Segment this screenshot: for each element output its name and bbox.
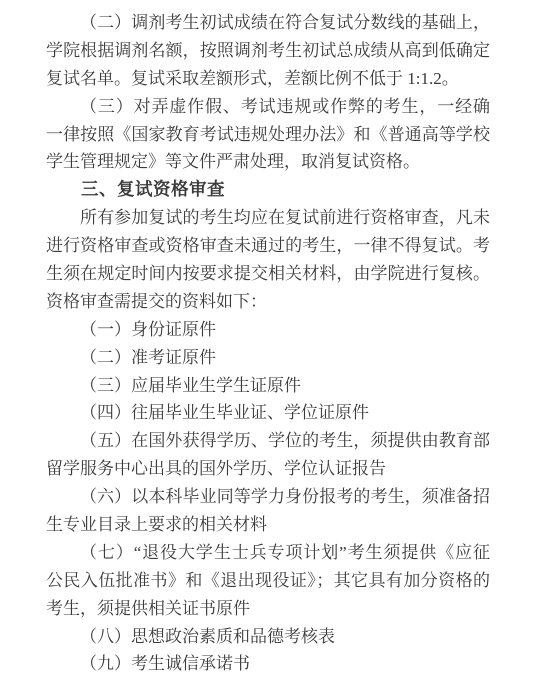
text-line: （二）调剂考生初试成绩在符合复试分数线的基础上， bbox=[46, 9, 490, 37]
text-line: （七）“退役大学生士兵专项计划”考生须提供《应征 bbox=[46, 539, 490, 567]
section-heading: 三、复试资格审查 bbox=[46, 176, 490, 204]
text-line: （五）在国外获得学历、学位的考生，须提供由教育部 bbox=[46, 427, 490, 455]
text-line: 留学服务中心出具的国外学历、学位认证报告 bbox=[46, 455, 490, 483]
text-line: （四）往届毕业生毕业证、学位证原件 bbox=[46, 399, 490, 427]
text-line: 进行资格审查或资格审查未通过的考生，一律不得复试。考 bbox=[46, 232, 490, 260]
text-line: 资格审查需提交的资料如下： bbox=[46, 288, 490, 316]
text-line: 所有参加复试的考生均应在复试前进行资格审查，凡未 bbox=[46, 204, 490, 232]
document-text-block: （二）调剂考生初试成绩在符合复试分数线的基础上，学院根据调剂名额，按照调剂考生初… bbox=[46, 9, 490, 678]
text-line: 公民入伍批准书》和《退出现役证》；其它具有加分资格的 bbox=[46, 567, 490, 595]
document-page: （二）调剂考生初试成绩在符合复试分数线的基础上，学院根据调剂名额，按照调剂考生初… bbox=[0, 0, 540, 693]
text-line: 考生，须提供相关证书原件 bbox=[46, 595, 490, 623]
text-line: （六）以本科毕业同等学力身份报考的考生，须准备招 bbox=[46, 483, 490, 511]
text-line: 复试名单。复试采取差额形式，差额比例不低于 1:1.2。 bbox=[46, 65, 490, 93]
text-line: （九）考生诚信承诺书 bbox=[46, 650, 490, 678]
text-line: （一）身份证原件 bbox=[46, 316, 490, 344]
text-line: 学生管理规定》等文件严肃处理，取消复试资格。 bbox=[46, 148, 490, 176]
text-line: （八）思想政治素质和品德考核表 bbox=[46, 623, 490, 651]
text-line: 一律按照《国家教育考试违规处理办法》和《普通高等学校 bbox=[46, 121, 490, 149]
text-line: （三）对弄虚作假、考试违规或作弊的考生，一经确定， bbox=[46, 93, 490, 121]
text-line: （二）准考证原件 bbox=[46, 344, 490, 372]
text-line: 生须在规定时间内按要求提交相关材料，由学院进行复核。 bbox=[46, 260, 490, 288]
text-line: 学院根据调剂名额，按照调剂考生初试总成绩从高到低确定 bbox=[46, 37, 490, 65]
text-line: 生专业目录上要求的相关材料 bbox=[46, 511, 490, 539]
text-line: （三）应届毕业生学生证原件 bbox=[46, 372, 490, 400]
